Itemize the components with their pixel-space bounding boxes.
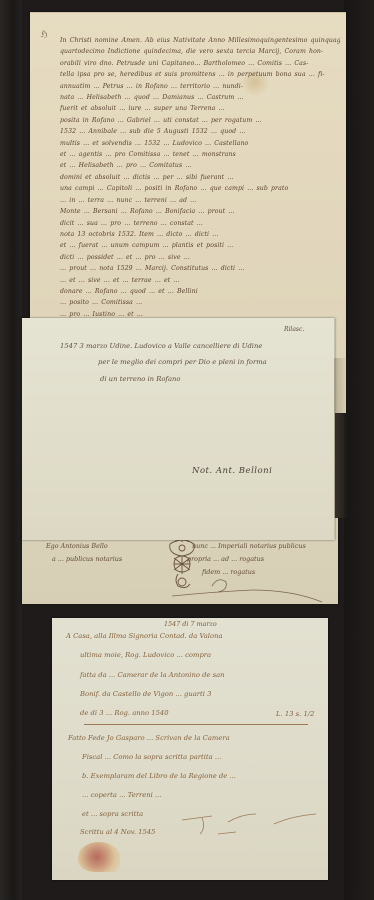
pen-strokes bbox=[182, 810, 322, 840]
slip-line: ... coperta ... Terreni ... bbox=[82, 791, 162, 799]
text-line: Monte ... Bersani ... Rofano ... Bonifac… bbox=[60, 206, 340, 217]
dark-frame-left bbox=[0, 0, 22, 900]
note-line: di un terreno in Rofano bbox=[100, 375, 180, 383]
text-line: et ... agentis ... pro Comitissa ... ten… bbox=[60, 149, 340, 160]
slip-line: fatta da ... Camerar de la Antonino de s… bbox=[80, 671, 225, 679]
slip-line: Fatto Fede Jo Gasparo ... Scrivan de la … bbox=[68, 734, 230, 742]
dark-frame-right bbox=[344, 0, 374, 900]
text-line: posita in Rofano ... Gabriel ... uti con… bbox=[60, 115, 340, 126]
text-line: quartodecimo Indictione quindecima, die … bbox=[60, 46, 340, 57]
slip-line: et ... sopra scritta bbox=[82, 810, 143, 818]
text-line: donare ... Rofano ... quod ... et ... Be… bbox=[60, 286, 340, 297]
slip-divider bbox=[84, 724, 308, 725]
notary-line: Ego Antonius Bello bbox=[46, 542, 108, 550]
slip-line: Scrittu al 4 Nov. 1545 bbox=[80, 828, 155, 836]
main-deed-text: In Christi nomine Amen. Ab eius Nativita… bbox=[60, 35, 340, 320]
slip-line: b. Exemplaram del Libro de la Regione de… bbox=[82, 772, 236, 780]
punch-hole bbox=[352, 86, 358, 92]
text-line: nota 13 octobris 1532. Item ... dicto ..… bbox=[60, 229, 340, 240]
text-line: multis ... et solvendis ... 1532 ... Lud… bbox=[60, 138, 340, 149]
text-line: ... in ... terra ... nunc ... terreni ..… bbox=[60, 195, 340, 206]
paper-receipt-slip: 1547 di 7 marzo A Casa, alla Illma Signo… bbox=[52, 618, 328, 880]
text-line: dicit ... sua ... pro ... terreno ... co… bbox=[60, 218, 340, 229]
text-line: et ... Helisabeth ... pro ... Comitatus … bbox=[60, 160, 340, 171]
text-line: 1532 ... Annibale ... sub die 5 Augusti … bbox=[60, 126, 340, 137]
slip-line: A Casa, alla Illma Signoria Contad. da V… bbox=[66, 632, 223, 640]
slip-line: de di 3 ... Rog. anno 1540 bbox=[80, 709, 169, 717]
notary-line: a ... publicus notarius bbox=[52, 555, 122, 563]
edge-shadow bbox=[334, 358, 348, 518]
slip-sum: L. 13 s. 1/2 bbox=[276, 710, 314, 718]
text-line: domini et absoluit ... dictis ... per ..… bbox=[60, 172, 340, 183]
text-line: In Christi nomine Amen. Ab eius Nativita… bbox=[60, 35, 340, 46]
ornament-glyph: ℌ bbox=[41, 30, 48, 40]
slip-header: 1547 di 7 marzo bbox=[164, 620, 217, 628]
text-line: annuatim ... Petrus ... in Rofano ... te… bbox=[60, 81, 340, 92]
notary-line: nunc ... Imperiali notarius publicus bbox=[192, 542, 306, 550]
flourish-stroke bbox=[172, 574, 332, 604]
signature: Not. Ant. Belloni bbox=[192, 466, 272, 476]
text-line: fuerit et absoluit ... iure ... super un… bbox=[60, 103, 340, 114]
text-line: nata ... Helisabeth ... quod ... Damianu… bbox=[60, 92, 340, 103]
text-line: ... prout ... nota 1529 ... Marcij. Cons… bbox=[60, 263, 340, 274]
note-corner-text: Rilasc. bbox=[284, 326, 304, 333]
slip-line: ultima moie, Rog. Ludovico ... compra bbox=[80, 651, 211, 659]
text-line: tella ipsa pro se, heredibus et suis pro… bbox=[60, 69, 340, 80]
slip-line: Bonif. da Castello de Vigon ... guarti 3 bbox=[80, 690, 211, 698]
margin-ornament-icon: ℌ bbox=[34, 31, 54, 77]
text-line: orabili viro dno. Petrusde uni Capitaneo… bbox=[60, 58, 340, 69]
wax-seal-remnant bbox=[78, 842, 120, 872]
pasted-paper-note: Rilasc. 1547 3 marzo Udine. Ludovico a V… bbox=[22, 318, 335, 540]
text-line: dicti ... possidet ... et ... pro ... si… bbox=[60, 252, 340, 263]
note-line: 1547 3 marzo Udine. Ludovico a Valle can… bbox=[60, 342, 262, 350]
slip-line: Fiscal ... Como la sopra scritta partita… bbox=[82, 753, 221, 761]
text-line: ... et ... sive ... et ... terrae ... et… bbox=[60, 275, 340, 286]
text-line: una campi ... Capitoli ... positi in Rof… bbox=[60, 183, 340, 194]
note-line: per le meglio dei compri per Dio e pleni… bbox=[98, 358, 267, 366]
text-line: et ... fuerat ... unum campum ... planti… bbox=[60, 240, 340, 251]
text-line: ... posito ... Comitissa ... bbox=[60, 297, 340, 308]
